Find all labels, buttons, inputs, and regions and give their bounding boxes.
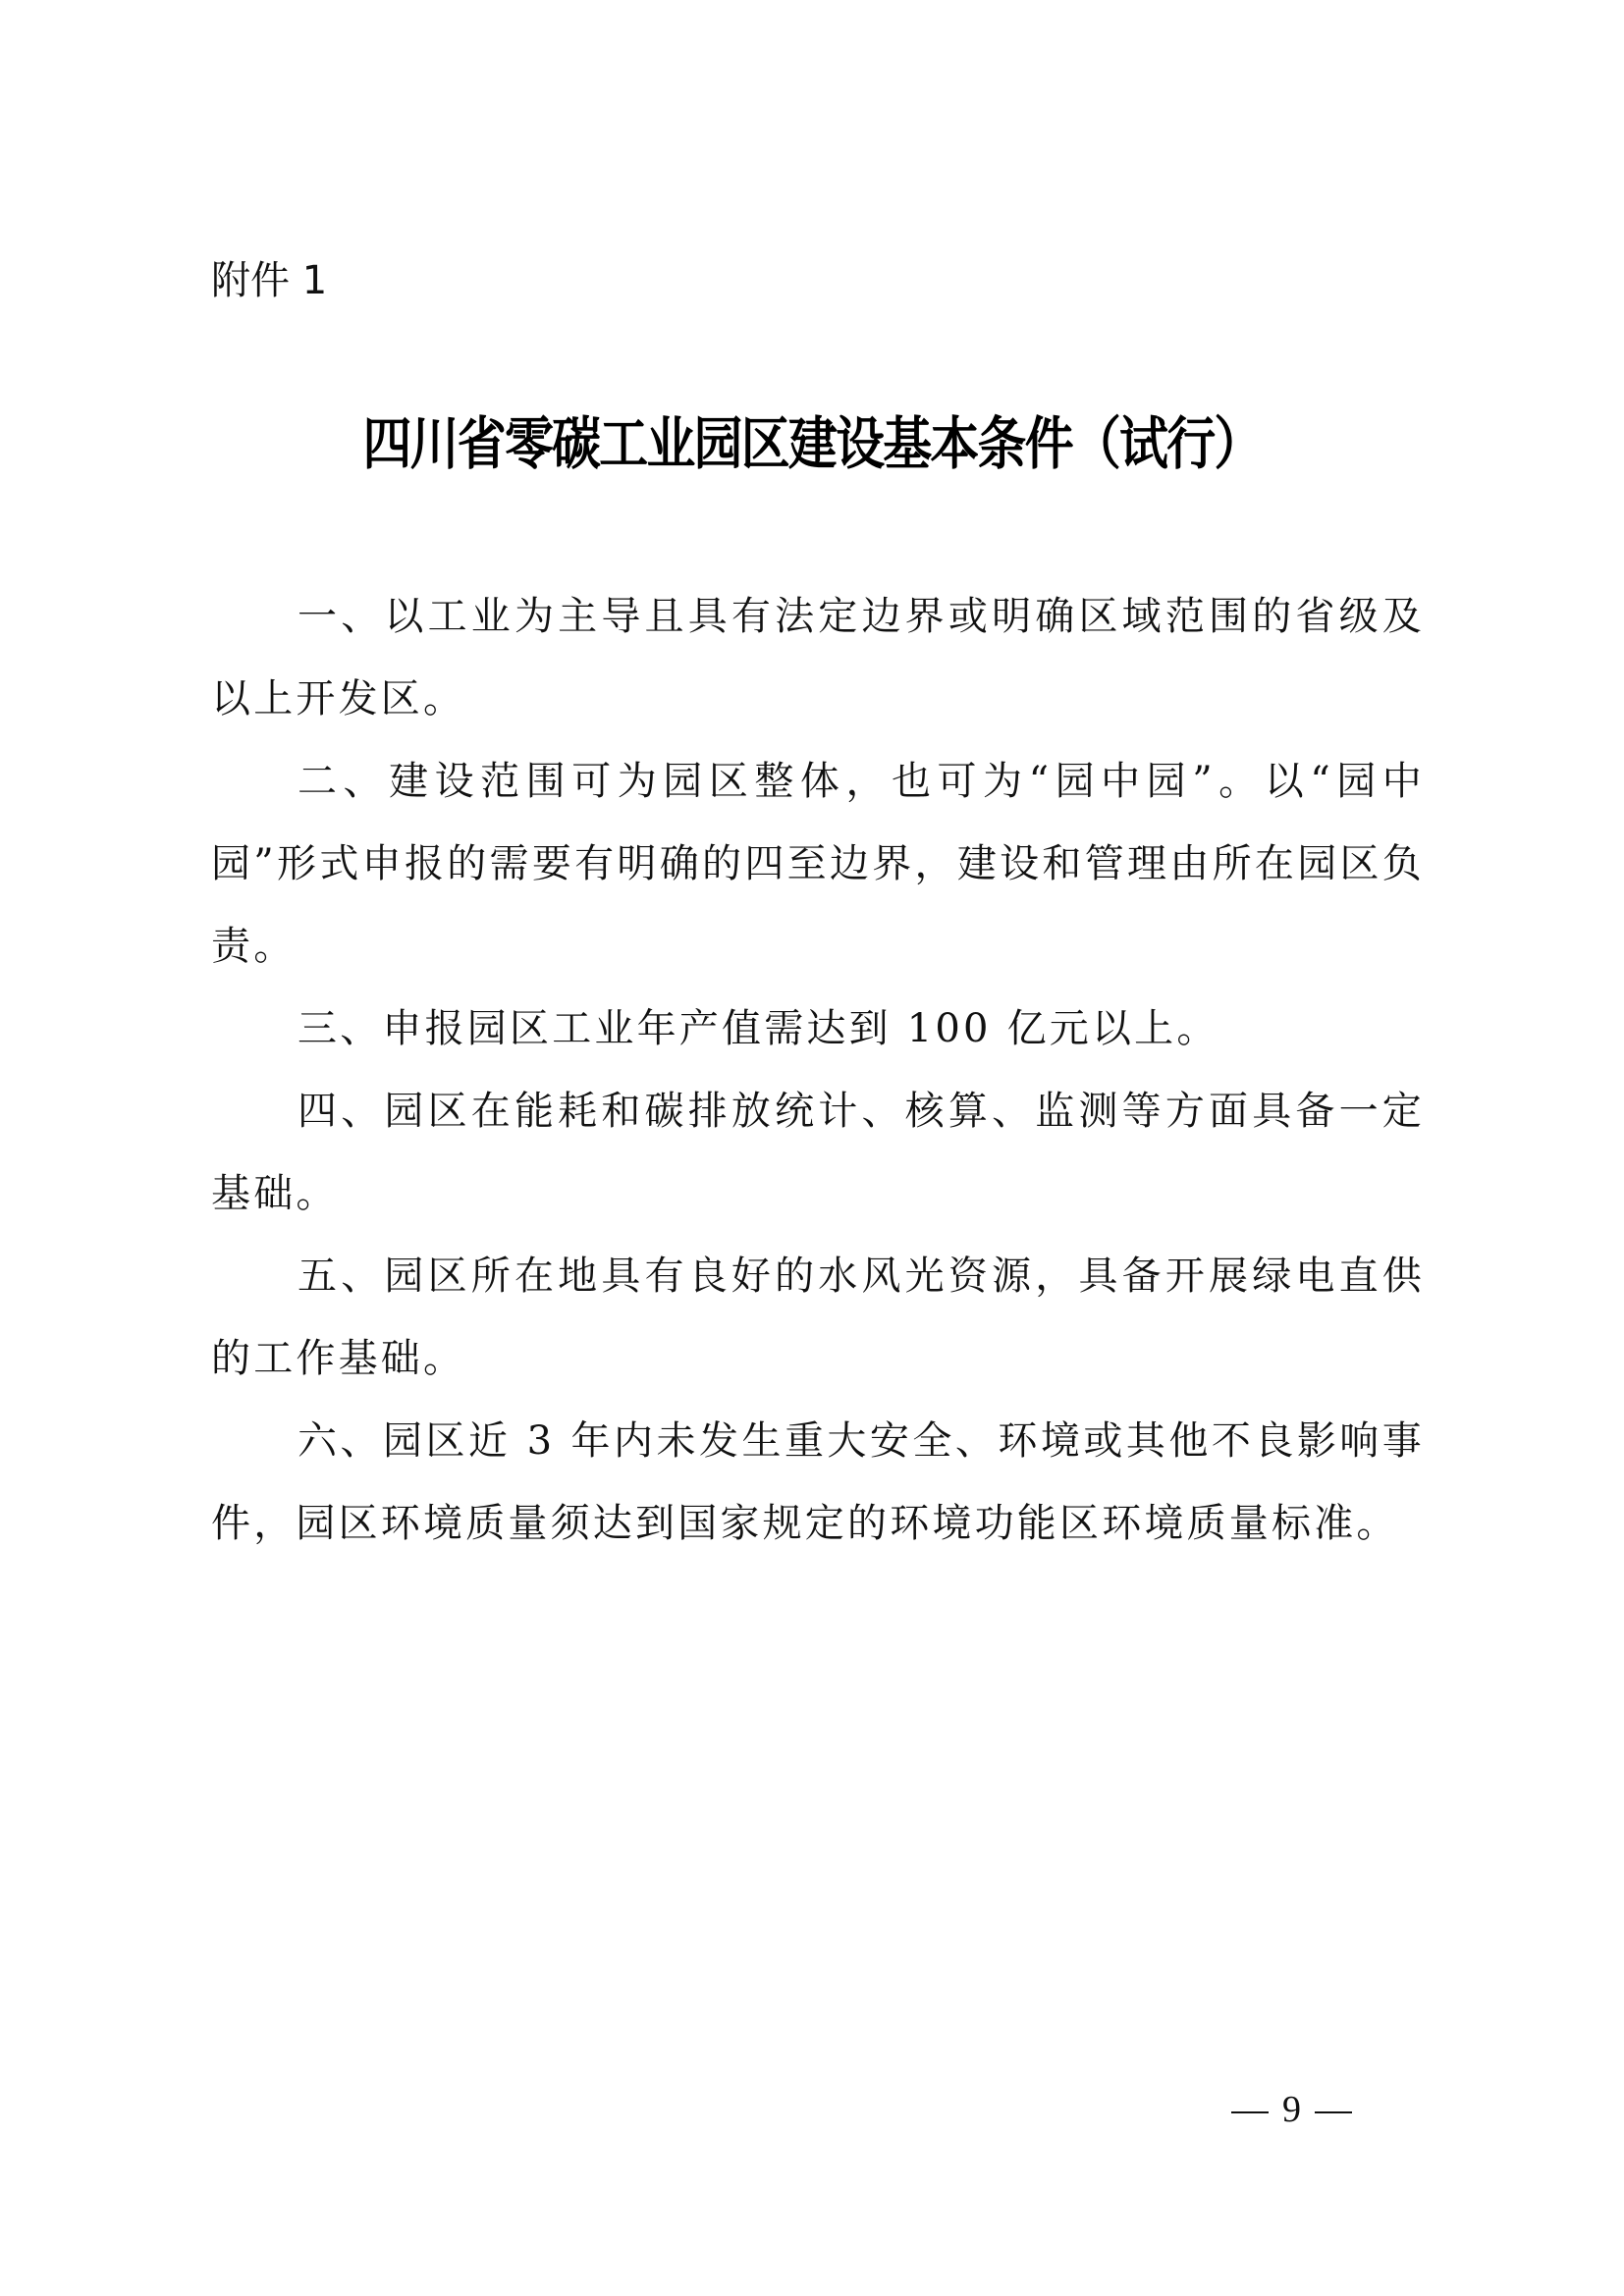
clause-2: 二、建设范围可为园区整体，也可为“园中园”。以“园中园”形式申报的需要有明确的四… (211, 740, 1425, 988)
clause-4: 四、园区在能耗和碳排放统计、核算、监测等方面具备一定基础。 (211, 1070, 1425, 1235)
clause-5: 五、园区所在地具有良好的水风光资源，具备开展绿电直供的工作基础。 (211, 1235, 1425, 1400)
document-title: 四川省零碳工业园区建设基本条件（试行） (114, 408, 1510, 479)
attachment-label: 附件 1 (211, 257, 327, 304)
document-body: 一、以工业为主导且具有法定边界或明确区域范围的省级及以上开发区。 二、建设范围可… (211, 575, 1425, 1565)
right-dash-decoration (1315, 2111, 1352, 2113)
page-number: 9 (1282, 2089, 1301, 2130)
page-number-footer: 9 (1218, 2087, 1366, 2132)
clause-1: 一、以工业为主导且具有法定边界或明确区域范围的省级及以上开发区。 (211, 575, 1425, 740)
clause-3: 三、申报园区工业年产值需达到 100 亿元以上。 (211, 988, 1425, 1070)
left-dash-decoration (1231, 2111, 1269, 2113)
clause-6: 六、园区近 3 年内未发生重大安全、环境或其他不良影响事件，园区环境质量须达到国… (211, 1400, 1425, 1565)
document-page: 附件 1 四川省零碳工业园区建设基本条件（试行） 一、以工业为主导且具有法定边界… (0, 0, 1624, 2296)
